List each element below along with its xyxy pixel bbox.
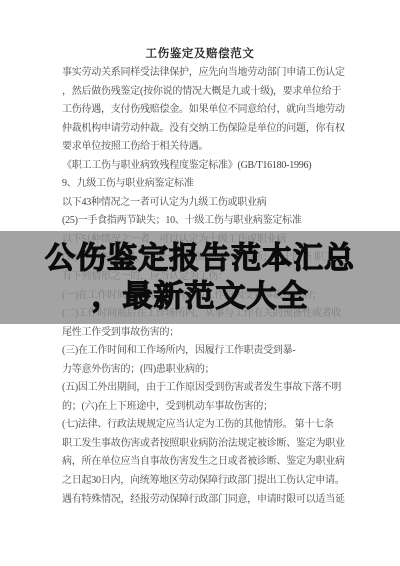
document-line: 之日起30日内，向统筹地区劳动保障行政部门提出工伤认定申请。: [62, 472, 392, 491]
document-line: 工伤待遇，支付伤残赔偿金。如果单位不同意给付，就向当地劳动: [62, 101, 392, 120]
document-page: 工伤鉴定及赔偿范文 事实劳动关系同样受法律保护，应先向当地劳动部门申请工伤认定，…: [0, 0, 400, 566]
document-line: (三)在工作时间和工作场所内，因履行工作职责受到暴-: [62, 342, 392, 361]
document-line: 遇有特殊情况，经报劳动保障行政部门同意，申请时限可以适当延: [62, 491, 392, 510]
document-line: 9、九级工伤与职业病鉴定标准: [62, 175, 392, 194]
document-line: 的；(六)在上下班途中，受到机动车事故伤害的；: [62, 398, 392, 417]
document-line: 《职工工伤与职业病致残程度鉴定标准》(GB/T16180-1996): [62, 157, 392, 176]
document-line: 以下43种情况之一者可认定为九级工伤或职业病: [62, 194, 392, 213]
document-line: (五)因工外出期间，由于工作原因受到伤害或者发生事故下落不明: [62, 379, 392, 398]
page-title: 工伤鉴定及赔偿范文: [0, 45, 400, 61]
document-line: 事实劳动关系同样受法律保护，应先向当地劳动部门申请工伤认定: [62, 64, 392, 83]
document-line: 病，所在单位应当自事故伤害发生之日或者被诊断、鉴定为职业病: [62, 453, 392, 472]
document-line: 力等意外伤害的；(四)患职业病的；: [62, 361, 392, 380]
document-line: (七)法律、行政法规规定应当认定为工伤的其他情形。 第十七条: [62, 416, 392, 435]
document-line: 要求单位按照工伤给于相关待遇。: [62, 138, 392, 157]
banner-text-line2: ，最新范文大全: [0, 278, 400, 316]
banner-text-line1: 公伤鉴定报告范本汇总: [0, 240, 400, 278]
document-line: 尾性工作受到事故伤害的；: [62, 324, 392, 343]
document-line: 职工发生事故伤害或者按照职业病防治法规定被诊断、鉴定为职业: [62, 435, 392, 454]
document-line: ，然后做伤残鉴定(按你说的情况大概是九或十级)，要求单位给于: [62, 83, 392, 102]
document-line: (25)一手食指两节缺失；10、十级工伤与职业病鉴定标准: [62, 212, 392, 231]
document-line: 仲裁机构申请劳动仲裁。没有交纳工伤保险是单位的问题，你有权: [62, 120, 392, 139]
banner-overlay: 公伤鉴定报告范本汇总 ，最新范文大全: [0, 231, 400, 324]
